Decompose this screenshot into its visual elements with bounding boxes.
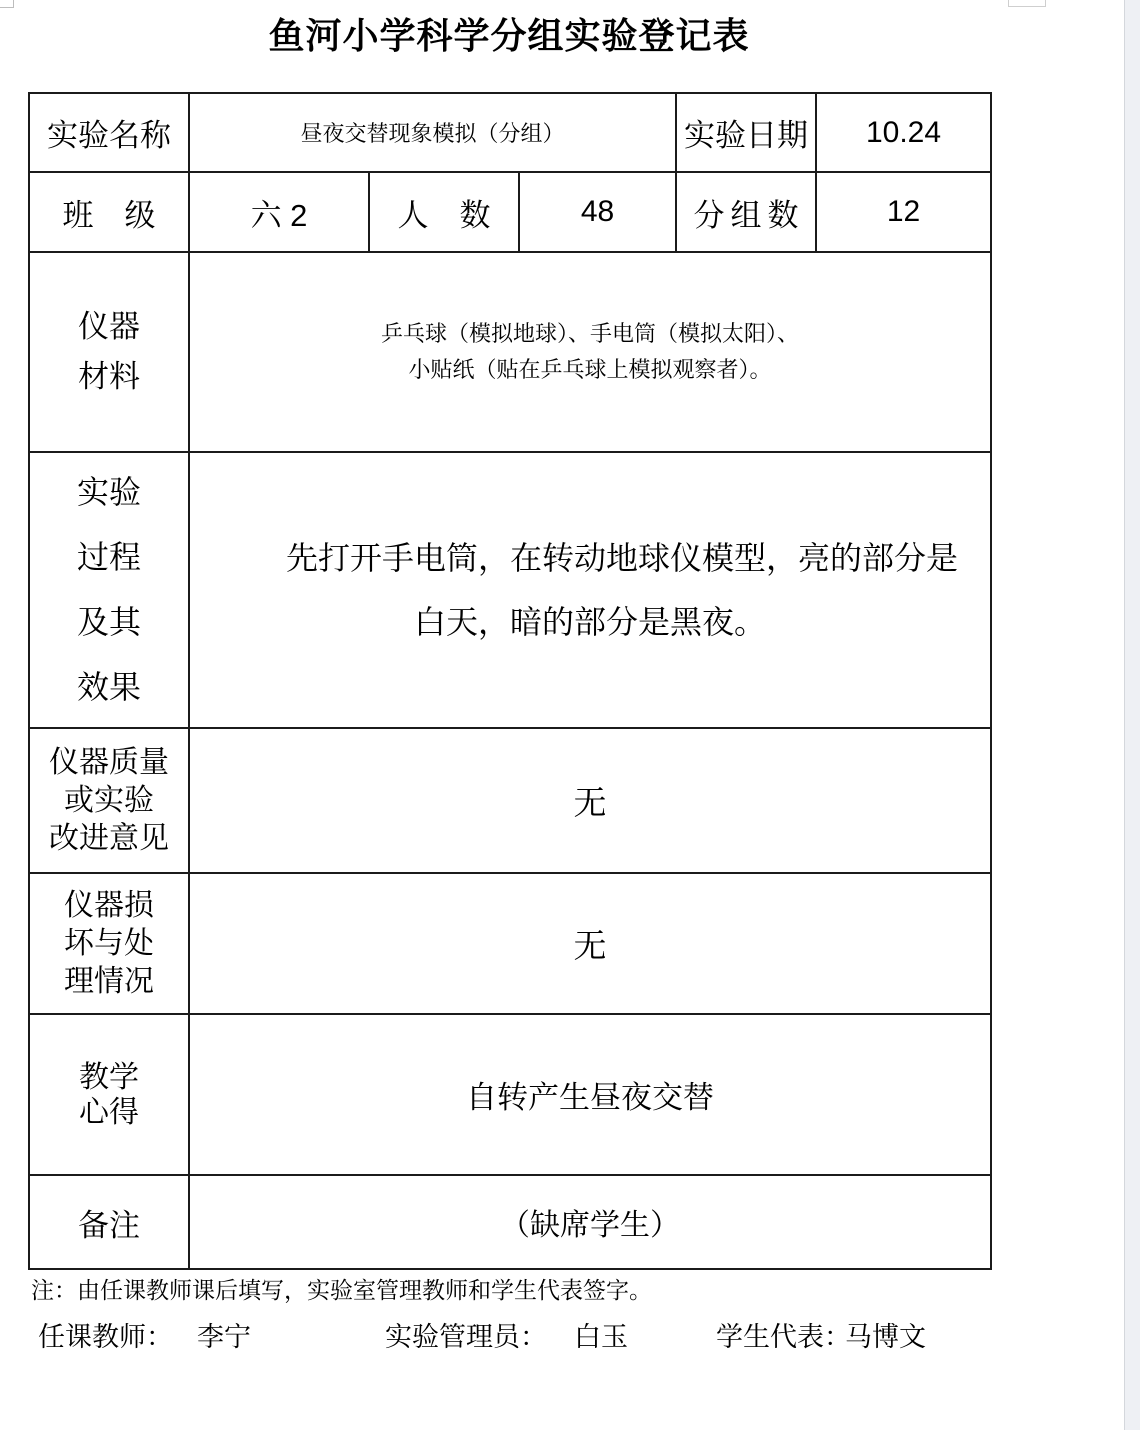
student-signature-value: 马博文: [845, 1322, 926, 1352]
damage-label-line: 理情况: [30, 963, 188, 1001]
student-signature-label: 学生代表：: [716, 1322, 851, 1352]
experiment-name-value: 昼夜交替现象模拟（分组）: [189, 93, 676, 172]
class-value: 六 2: [189, 172, 369, 252]
process-label: 实验 过程 及其 效果: [29, 452, 189, 728]
people-count-label: 人 数: [369, 172, 519, 252]
process-label-line: 效果: [30, 655, 188, 720]
row-experiment-name: 实验名称 昼夜交替现象模拟（分组） 实验日期 10.24: [29, 93, 991, 172]
experiment-date-label: 实验日期: [676, 93, 816, 172]
row-remarks: 备注 （缺席学生）: [29, 1175, 991, 1269]
row-class-info: 班 级 六 2 人 数 48 分组数 12: [29, 172, 991, 252]
process-content-line: 先打开手电筒，在转动地球仪模型，亮的部分是: [190, 526, 990, 590]
damage-handling-value: 无: [189, 873, 991, 1014]
row-teaching-reflection: 教学 心得 自转产生昼夜交替: [29, 1014, 991, 1175]
process-label-line: 实验: [30, 460, 188, 525]
people-count-value: 48: [519, 172, 676, 252]
quality-label-line: 改进意见: [30, 820, 188, 858]
remarks-value: （缺席学生）: [189, 1175, 991, 1269]
teaching-reflection-value: 自转产生昼夜交替: [189, 1014, 991, 1175]
process-content: 先打开手电筒，在转动地球仪模型，亮的部分是 白天，暗的部分是黑夜。: [189, 452, 991, 728]
group-count-value: 12: [816, 172, 991, 252]
manager-signature-label: 实验管理员：: [385, 1322, 547, 1352]
materials-content: 乒乓球（模拟地球）、手电筒（模拟太阳）、 小贴纸（贴在乒乓球上模拟观察者）。: [189, 252, 991, 452]
page-title: 鱼河小学科学分组实验登记表: [28, 13, 990, 59]
materials-label-line: 仪器: [30, 302, 188, 352]
damage-label-line: 仪器损: [30, 887, 188, 925]
row-materials: 仪器 材料 乒乓球（模拟地球）、手电筒（模拟太阳）、 小贴纸（贴在乒乓球上模拟观…: [29, 252, 991, 452]
quality-feedback-label: 仪器质量 或实验 改进意见: [29, 728, 189, 873]
group-count-label: 分组数: [676, 172, 816, 252]
teacher-signature-value: 李宁: [197, 1322, 251, 1352]
process-content-line: 白天，暗的部分是黑夜。: [190, 590, 990, 654]
teacher-signature-label: 任课教师：: [38, 1322, 173, 1352]
teaching-reflection-label: 教学 心得: [29, 1014, 189, 1175]
page-corner-artifact-left: [0, 0, 14, 8]
materials-content-line: 乒乓球（模拟地球）、手电筒（模拟太阳）、: [190, 316, 990, 352]
quality-label-line: 或实验: [30, 782, 188, 820]
materials-label: 仪器 材料: [29, 252, 189, 452]
remarks-label: 备注: [29, 1175, 189, 1269]
experiment-name-label: 实验名称: [29, 93, 189, 172]
damage-handling-label: 仪器损 坏与处 理情况: [29, 873, 189, 1014]
window-right-strip: [1124, 0, 1140, 1430]
experiment-date-value: 10.24: [816, 93, 991, 172]
page-corner-artifact-right: [1008, 0, 1046, 7]
process-label-line: 过程: [30, 525, 188, 590]
quality-feedback-value: 无: [189, 728, 991, 873]
materials-content-line: 小贴纸（贴在乒乓球上模拟观察者）。: [190, 352, 990, 388]
document-page: { "page": { "title": "鱼河小学科学分组实验登记表" }, …: [0, 0, 1140, 1430]
quality-label-line: 仪器质量: [30, 744, 188, 782]
row-damage-handling: 仪器损 坏与处 理情况 无: [29, 873, 991, 1014]
class-label: 班 级: [29, 172, 189, 252]
materials-label-line: 材料: [30, 352, 188, 402]
process-label-line: 及其: [30, 590, 188, 655]
manager-signature-value: 白玉: [574, 1322, 628, 1352]
row-quality-feedback: 仪器质量 或实验 改进意见 无: [29, 728, 991, 873]
reflection-label-line: 教学: [30, 1060, 188, 1095]
experiment-registration-table: 实验名称 昼夜交替现象模拟（分组） 实验日期 10.24 班 级 六 2 人 数…: [28, 92, 992, 1270]
signature-row: 任课教师： 李宁 实验管理员： 白玉 学生代表： 马博文: [0, 1322, 1140, 1356]
footer-note: 注：由任课教师课后填写，实验室管理教师和学生代表签字。: [31, 1277, 652, 1303]
reflection-label-line: 心得: [30, 1095, 188, 1130]
damage-label-line: 坏与处: [30, 925, 188, 963]
row-process: 实验 过程 及其 效果 先打开手电筒，在转动地球仪模型，亮的部分是 白天，暗的部…: [29, 452, 991, 728]
